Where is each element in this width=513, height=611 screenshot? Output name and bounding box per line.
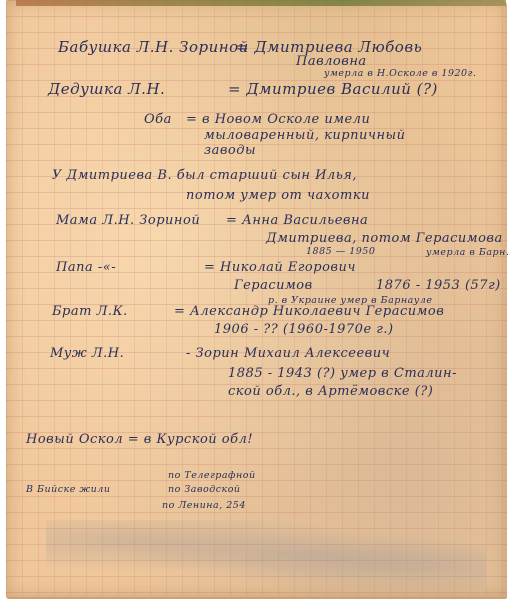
husband-dates: 1885 - 1943 (?) умер в Сталин- [228, 366, 457, 381]
both-factories-end: заводы [204, 143, 256, 158]
ink-bleed-through [46, 520, 486, 590]
husband-name: - Зорин Михаил Алексеевич [186, 346, 390, 361]
brother-label: Брат Л.К. [52, 304, 128, 319]
both-text: = в Новом Осколе имели [186, 112, 370, 127]
father-name: = Николай Егорович [204, 260, 356, 275]
address-street-2: по Заводской [168, 484, 241, 495]
mother-death-note: умерла в Барн. [426, 247, 509, 258]
son-line-2: потом умер от чахотки [186, 188, 370, 203]
address-street-1: по Телеграфной [168, 470, 256, 481]
address-label: В Бийске жили [26, 484, 110, 495]
son-line-1: У Дмитриева В. был старший сын Илья, [52, 168, 357, 183]
grandfather-label: Дедушка Л.Н. [48, 80, 165, 98]
both-label: Оба [144, 112, 172, 127]
brother-dates: 1906 - ?? (1960-1970е г.) [214, 322, 394, 337]
grandmother-label: Бабушка Л.Н. Зориной [58, 38, 249, 56]
grandmother-patronymic: Павловна [296, 54, 367, 69]
mother-surnames: Дмитриева, потом Герасимова [266, 231, 503, 246]
novy-oskol-note: Новый Оскол = в Курской обл! [26, 432, 253, 447]
husband-label: Муж Л.Н. [50, 346, 124, 361]
brother-name: = Александр Николаевич Герасимов [174, 304, 444, 319]
handwritten-letter-page: Бабушка Л.Н. Зориной = Дмитриева Любовь … [6, 0, 507, 599]
paper-stain [16, 0, 506, 6]
mother-dates: 1885 — 1950 [306, 246, 375, 257]
grandmother-death-note: умерла в Н.Осколе в 1920г. [324, 68, 476, 79]
mother-label: Мама Л.Н. Зориной [56, 213, 200, 228]
husband-death-place: ской обл., в Артёмовске (?) [228, 384, 433, 399]
address-street-3: по Ленина, 254 [162, 500, 246, 511]
both-factories: мыловаренный, кирпичный [204, 128, 405, 143]
father-label: Папа -«- [56, 260, 116, 275]
mother-name: = Анна Васильевна [226, 213, 368, 228]
father-surname: Герасимов [234, 278, 313, 293]
father-dates: 1876 - 1953 (57г) [376, 278, 501, 293]
grandfather-name: = Дмитриев Василий (?) [228, 80, 438, 98]
